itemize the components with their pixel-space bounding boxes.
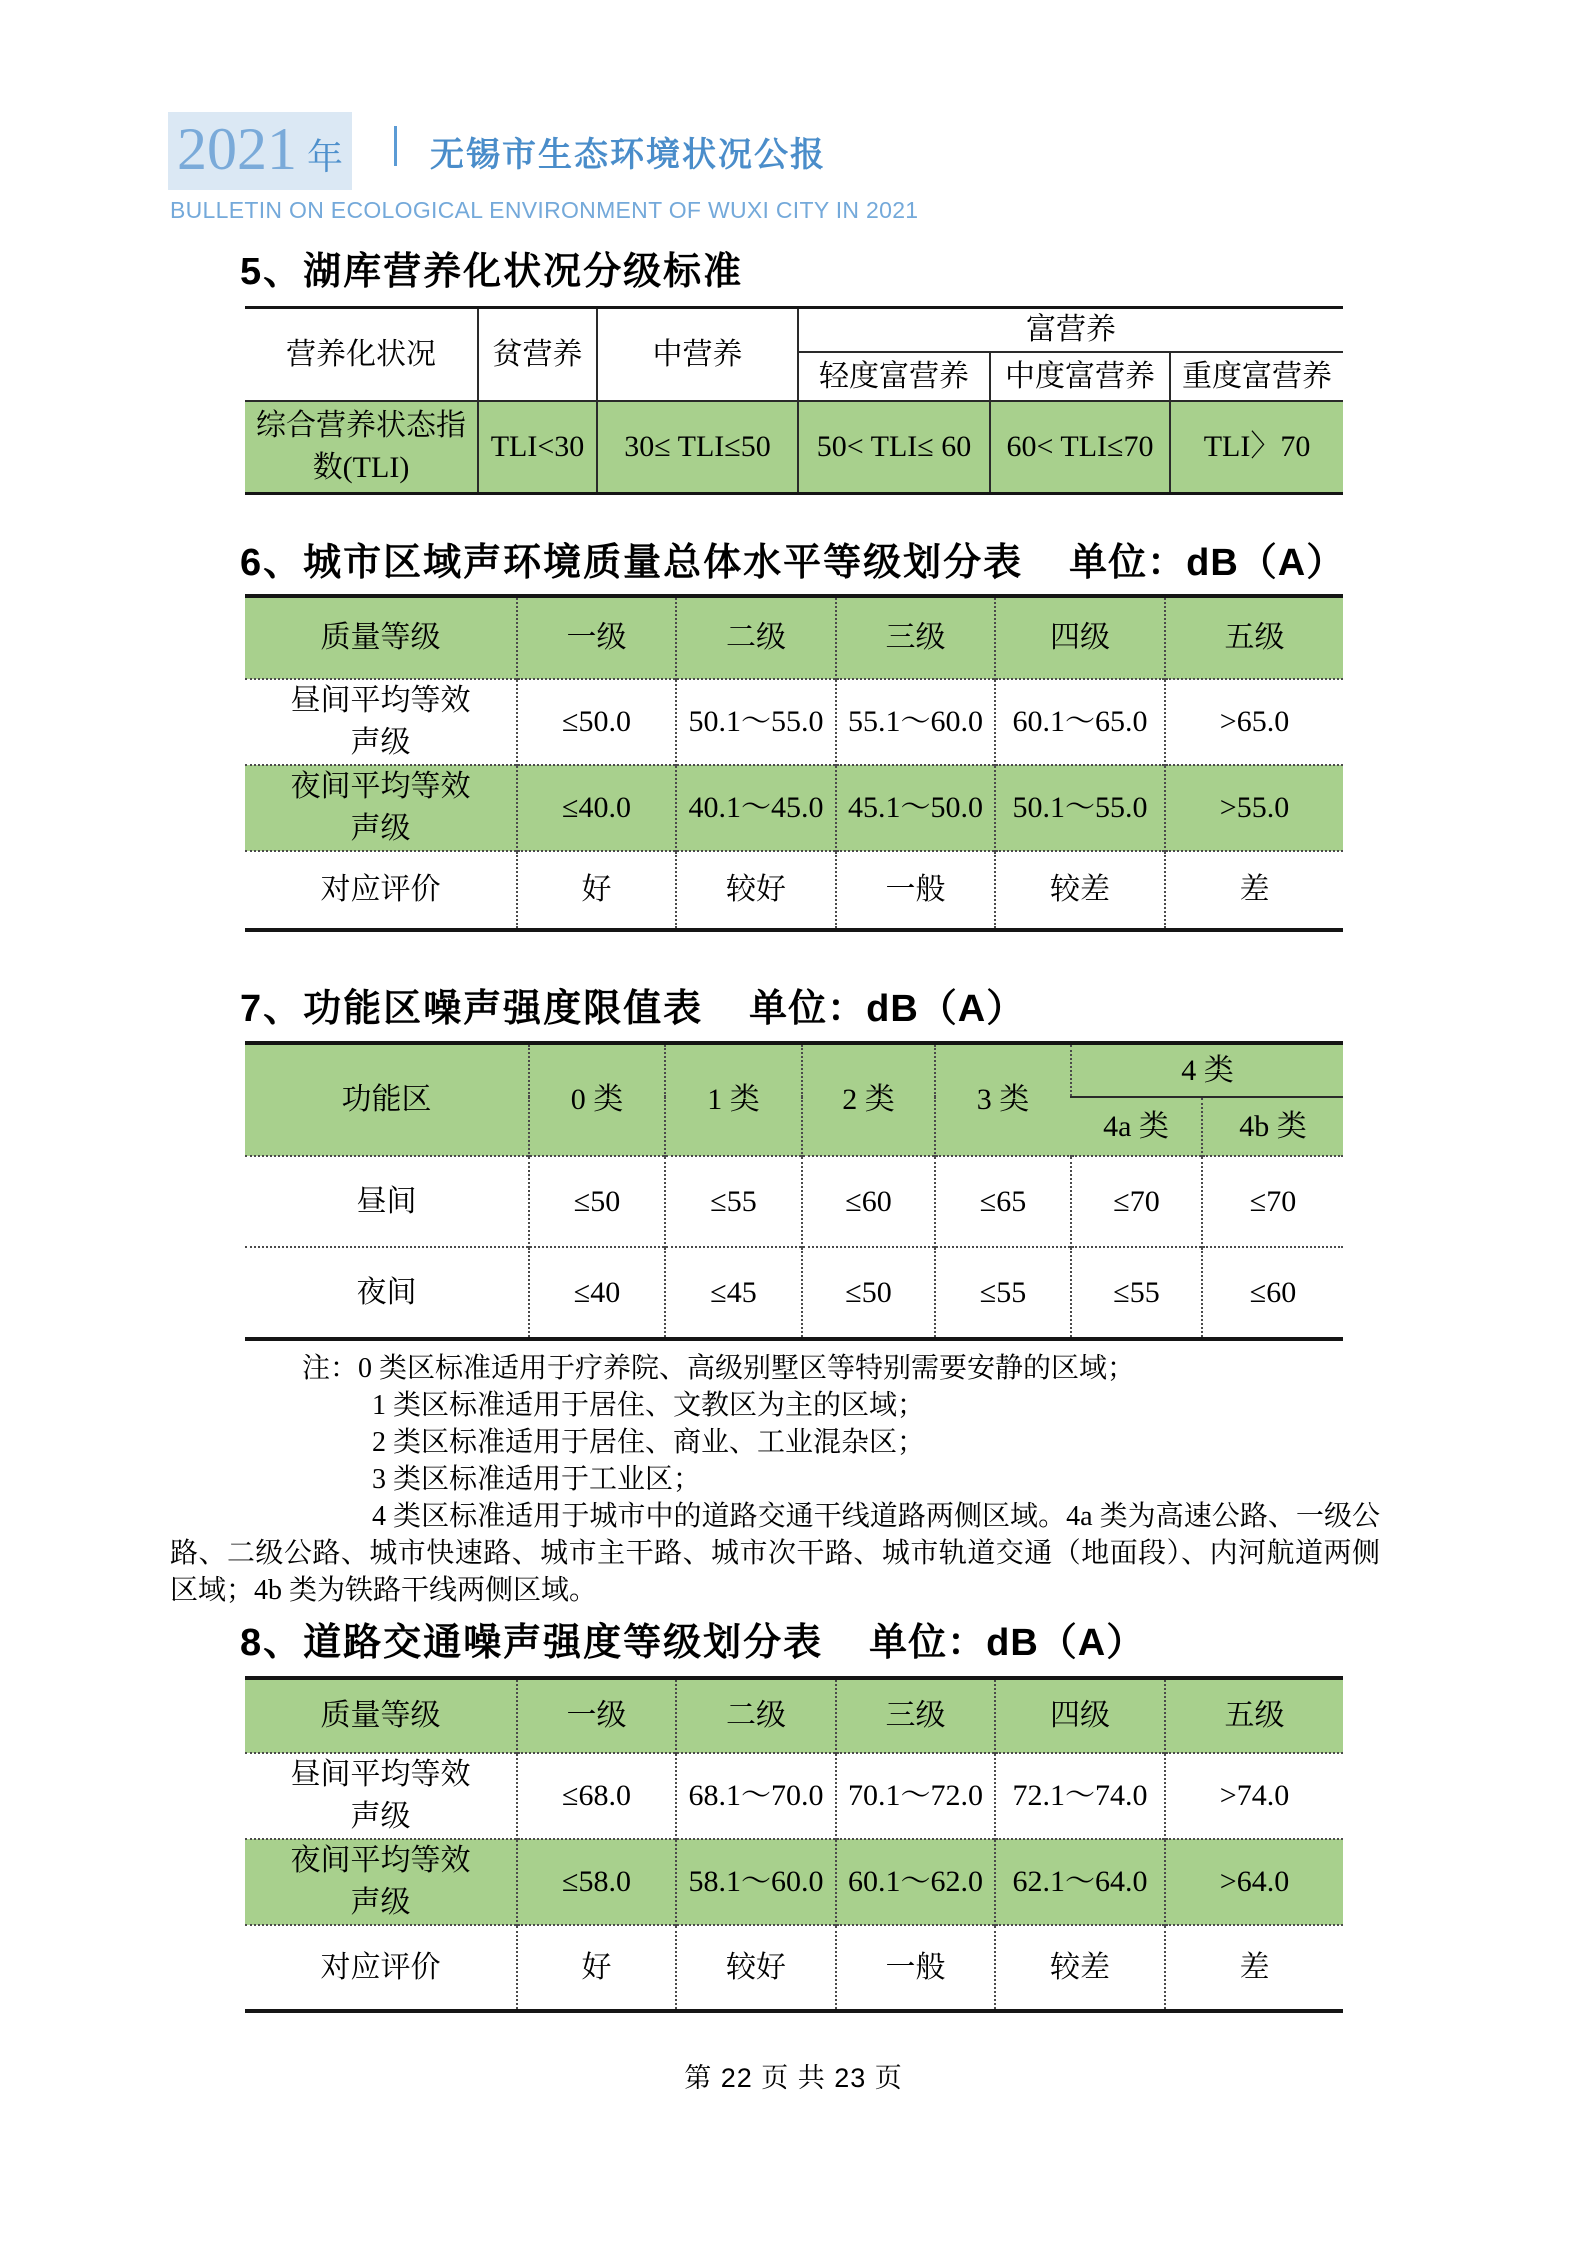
header-cell-light-eutrophic: 轻度富营养 xyxy=(798,352,990,401)
value-cell: ≤65 xyxy=(935,1156,1071,1247)
header-cell-mesotrophic: 中营养 xyxy=(597,308,798,402)
header-cell-class4a: 4a 类 xyxy=(1071,1097,1202,1156)
row-label-cell: 对应评价 xyxy=(245,851,517,930)
value-cell: ≤70 xyxy=(1202,1156,1343,1247)
section5-title: 5、湖库营养化状况分级标准 xyxy=(240,240,743,295)
section8-title: 8、道路交通噪声强度等级划分表单位：dB（A） xyxy=(240,1611,1145,1666)
value-cell: ≤60 xyxy=(1202,1247,1343,1339)
value-cell: >65.0 xyxy=(1165,679,1343,765)
section6-title-text: 6、城市区域声环境质量总体水平等级划分表 xyxy=(240,542,1023,584)
header-divider-bar xyxy=(394,126,397,166)
row-label-cell: 夜间平均等效声级 xyxy=(245,1839,517,1925)
value-cell: ≤45 xyxy=(665,1247,802,1339)
value-cell: 60.1～62.0 xyxy=(836,1839,995,1925)
corner-header-cell: 营养化状况 xyxy=(245,308,478,402)
table-road-traffic-noise-grading: 质量等级 一级 二级 三级 四级 五级 昼间平均等效声级 ≤68.0 68.1～… xyxy=(245,1676,1343,2013)
row-label-cell: 夜间 xyxy=(245,1247,529,1339)
value-cell: 70.1～72.0 xyxy=(836,1753,995,1839)
value-cell: ≤40 xyxy=(529,1247,665,1339)
value-cell: 差 xyxy=(1165,1925,1343,2011)
table-functional-area-noise-limits: 功能区 0 类 1 类 2 类 3 类 4 类 4a 类 4b 类 昼间 ≤50… xyxy=(245,1041,1343,1341)
value-cell: ≤50.0 xyxy=(517,679,676,765)
header-cell: 一级 xyxy=(517,596,676,679)
value-cell: 30≤ TLI≤50 xyxy=(597,401,798,493)
value-cell: 60< TLI≤70 xyxy=(990,401,1170,493)
year-suffix: 年 xyxy=(307,129,343,180)
section7-title-text: 7、功能区噪声强度限值表 xyxy=(240,988,703,1030)
section8-unit: 单位：dB（A） xyxy=(869,1622,1145,1664)
value-cell: 较好 xyxy=(676,1925,836,2011)
bulletin-title-cn: 无锡市生态环境状况公报 xyxy=(430,127,826,176)
row-label-cell: 夜间平均等效声级 xyxy=(245,765,517,851)
header-cell: 1 类 xyxy=(665,1043,802,1156)
value-cell: ≤58.0 xyxy=(517,1839,676,1925)
year-badge: 2021 年 xyxy=(168,112,352,190)
row-label-cell: 昼间平均等效声级 xyxy=(245,1753,517,1839)
header-cell: 四级 xyxy=(995,596,1165,679)
value-cell: ≤50 xyxy=(529,1156,665,1247)
value-cell: 差 xyxy=(1165,851,1343,930)
corner-header-cell: 功能区 xyxy=(245,1043,529,1156)
header-cell: 二级 xyxy=(676,596,836,679)
header-cell: 2 类 xyxy=(802,1043,935,1156)
value-cell: ≤60 xyxy=(802,1156,935,1247)
value-cell: ≤55 xyxy=(935,1247,1071,1339)
value-cell: >64.0 xyxy=(1165,1839,1343,1925)
value-cell: 一般 xyxy=(836,851,995,930)
value-cell: 较差 xyxy=(995,1925,1165,2011)
section7-title: 7、功能区噪声强度限值表单位：dB（A） xyxy=(240,977,1025,1032)
value-cell: 50.1～55.0 xyxy=(676,679,836,765)
value-cell: 较好 xyxy=(676,851,836,930)
value-cell: 62.1～64.0 xyxy=(995,1839,1165,1925)
value-cell: 55.1～60.0 xyxy=(836,679,995,765)
value-cell: ≤40.0 xyxy=(517,765,676,851)
value-cell: 50< TLI≤ 60 xyxy=(798,401,990,493)
header-cell: 三级 xyxy=(836,596,995,679)
note-line: 4 类区标准适用于城市中的道路交通干线道路两侧区域。4a 类为高速公路、一级公路… xyxy=(170,1498,1380,1609)
note-line: 3 类区标准适用于工业区； xyxy=(170,1461,1380,1498)
value-cell: 40.1～45.0 xyxy=(676,765,836,851)
value-cell: 60.1～65.0 xyxy=(995,679,1165,765)
value-cell: ≤70 xyxy=(1071,1156,1202,1247)
value-cell: >55.0 xyxy=(1165,765,1343,851)
header-cell: 五级 xyxy=(1165,596,1343,679)
section6-title: 6、城市区域声环境质量总体水平等级划分表单位：dB（A） xyxy=(240,531,1345,586)
header-cell-middle-eutrophic: 中度富营养 xyxy=(990,352,1170,401)
year-number: 2021 xyxy=(177,112,297,186)
row-label-cell: 对应评价 xyxy=(245,1925,517,2011)
header-cell: 一级 xyxy=(517,1678,676,1753)
footer-page-number: 第 22 页 共 23 页 xyxy=(0,2056,1587,2095)
value-cell: 50.1～55.0 xyxy=(995,765,1165,851)
value-cell: 好 xyxy=(517,851,676,930)
row-label-cell: 综合营养状态指数(TLI) xyxy=(245,401,478,493)
value-cell: 一般 xyxy=(836,1925,995,2011)
header-cell: 二级 xyxy=(676,1678,836,1753)
section6-unit: 单位：dB（A） xyxy=(1069,542,1345,584)
value-cell: 72.1～74.0 xyxy=(995,1753,1165,1839)
row-label-cell: 昼间 xyxy=(245,1156,529,1247)
note-line: 注：0 类区标准适用于疗养院、高级别墅区等特别需要安静的区域； xyxy=(170,1350,1380,1387)
header-cell-heavy-eutrophic: 重度富营养 xyxy=(1170,352,1343,401)
header-cell: 质量等级 xyxy=(245,596,517,679)
header-cell-oligotrophic: 贫营养 xyxy=(478,308,597,402)
header-cell: 四级 xyxy=(995,1678,1165,1753)
header-cell: 0 类 xyxy=(529,1043,665,1156)
row-label-cell: 昼间平均等效声级 xyxy=(245,679,517,765)
note-line: 1 类区标准适用于居住、文教区为主的区域； xyxy=(170,1387,1380,1424)
section7-unit: 单位：dB（A） xyxy=(749,988,1025,1030)
table-lake-nutrition-grading: 营养化状况 贫营养 中营养 富营养 轻度富营养 中度富营养 重度富营养 综合营养… xyxy=(245,306,1343,495)
value-cell: >74.0 xyxy=(1165,1753,1343,1839)
value-cell: 45.1～50.0 xyxy=(836,765,995,851)
value-cell: 68.1～70.0 xyxy=(676,1753,836,1839)
value-cell: ≤55 xyxy=(665,1156,802,1247)
header-cell: 五级 xyxy=(1165,1678,1343,1753)
value-cell: ≤68.0 xyxy=(517,1753,676,1839)
header-cell-class4-group: 4 类 xyxy=(1071,1043,1343,1097)
header-cell: 三级 xyxy=(836,1678,995,1753)
value-cell: 较差 xyxy=(995,851,1165,930)
table7-notes: 注：0 类区标准适用于疗养院、高级别墅区等特别需要安静的区域； 1 类区标准适用… xyxy=(170,1350,1380,1609)
value-cell: ≤55 xyxy=(1071,1247,1202,1339)
note-line: 2 类区标准适用于居住、商业、工业混杂区； xyxy=(170,1424,1380,1461)
value-cell: 好 xyxy=(517,1925,676,2011)
value-cell: 58.1～60.0 xyxy=(676,1839,836,1925)
value-cell: TLI〉70 xyxy=(1170,401,1343,493)
header-cell: 质量等级 xyxy=(245,1678,517,1753)
table-urban-noise-grading: 质量等级 一级 二级 三级 四级 五级 昼间平均等效声级 ≤50.0 50.1～… xyxy=(245,594,1343,932)
header-cell-class4b: 4b 类 xyxy=(1202,1097,1343,1156)
value-cell: TLI<30 xyxy=(478,401,597,493)
bulletin-title-en: BULLETIN ON ECOLOGICAL ENVIRONMENT OF WU… xyxy=(170,197,918,224)
value-cell: ≤50 xyxy=(802,1247,935,1339)
document-page: 2021 年 无锡市生态环境状况公报 BULLETIN ON ECOLOGICA… xyxy=(0,0,1587,2245)
header-cell: 3 类 xyxy=(935,1043,1071,1156)
header-cell-eutrophic-group: 富营养 xyxy=(798,308,1343,353)
section8-title-text: 8、道路交通噪声强度等级划分表 xyxy=(240,1622,823,1664)
